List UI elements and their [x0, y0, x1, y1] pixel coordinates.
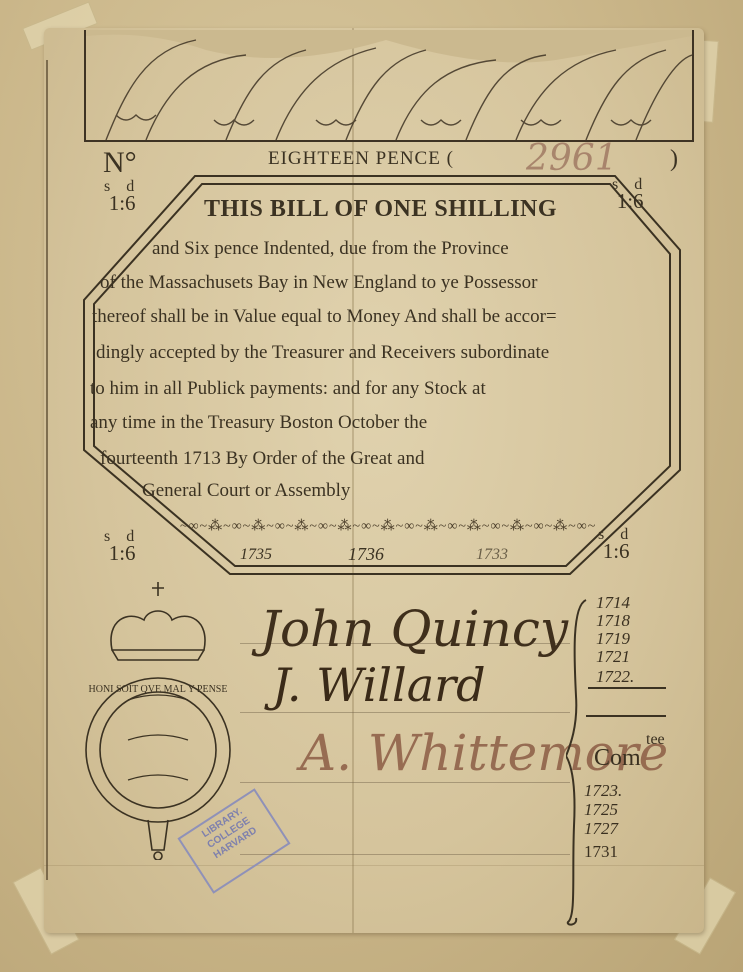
denomination-title: EIGHTEEN PENCE (	[268, 148, 454, 170]
bill-text-line: and Six pence Indented, due from the Pro…	[152, 238, 509, 260]
reissue-year: 1723.	[584, 781, 622, 800]
bill-text-line: thereof shall be in Value equal to Money…	[92, 306, 557, 328]
bill-text-line: of the Massachusets Bay in New England t…	[100, 272, 537, 294]
reissue-year: 1714	[596, 594, 634, 612]
signature-line	[240, 854, 570, 855]
reissue-year: 1727	[584, 819, 622, 838]
bill-text-line: to him in all Publick payments: and for …	[90, 378, 486, 400]
bill-text-line: fourteenth 1713 By Order of the Great an…	[100, 448, 424, 470]
reissue-year: 1718	[596, 612, 634, 630]
flourish-ornament: ~∞~⁂~∞~⁂~∞~⁂~∞~⁂~∞~⁂~∞~⁂~∞~⁂~∞~⁂~∞~⁂~∞~	[180, 518, 596, 535]
signature-john-quincy: John Quincy	[260, 600, 568, 658]
bill-heading: THIS BILL OF ONE SHILLING	[204, 196, 557, 223]
bill-text-line: any time in the Treasury Boston October …	[90, 412, 427, 434]
reissue-year: 1719	[596, 630, 634, 648]
underline	[586, 715, 666, 717]
left-border-rule	[46, 60, 48, 880]
reissue-years-upper: 1714 1718 1719 1721 1722.	[596, 594, 634, 686]
reissue-year: 1725	[584, 800, 622, 819]
decorative-frieze	[84, 30, 694, 142]
acanthus-scroll-icon	[86, 30, 692, 140]
serial-closing-paren: )	[670, 146, 678, 173]
reissue-year: 1722.	[596, 668, 634, 686]
signature-line	[240, 782, 570, 783]
horizontal-fold	[44, 865, 704, 866]
signature-line	[240, 712, 570, 713]
garter-motto: HONI SOIT QVE MAL Y PENSE	[89, 684, 228, 695]
emission-year: 1736	[348, 544, 384, 565]
emission-year: 1735	[240, 546, 272, 564]
committee-superscript: tee	[646, 731, 665, 749]
signature-j-willard: J. Willard	[272, 658, 486, 712]
committee-label: Com	[594, 745, 641, 772]
reissue-years-lower: 1723. 1725 1727 1731	[584, 781, 622, 861]
bill-text-line: General Court or Assembly	[142, 480, 350, 502]
bill-text-line: dingly accepted by the Treasurer and Rec…	[96, 342, 549, 364]
reissue-year: 1721	[596, 648, 634, 666]
emission-year: 1733	[476, 546, 508, 564]
brace-icon	[566, 596, 596, 926]
reissue-year: 1731	[584, 842, 622, 861]
underline	[588, 687, 666, 689]
